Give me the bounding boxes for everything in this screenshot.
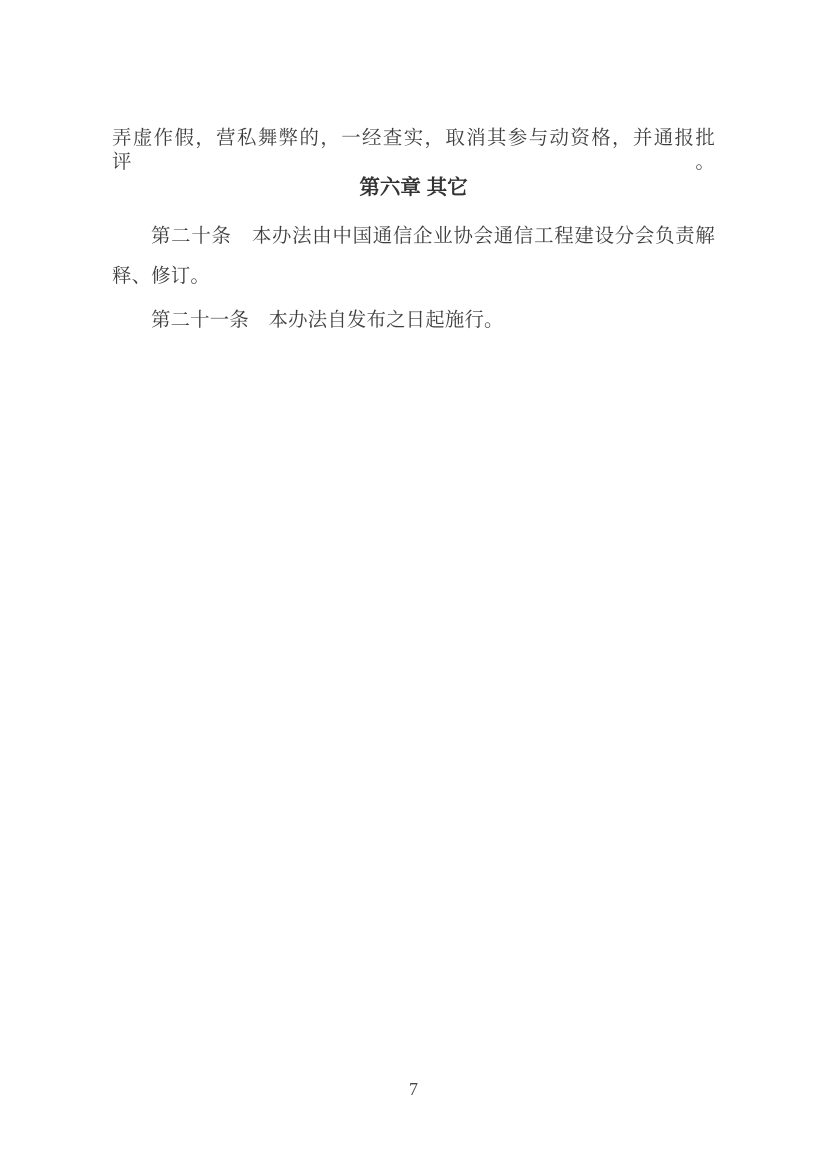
article-20-line-2: 释、修订。 bbox=[112, 265, 715, 289]
article-21-line: 第二十一条 本办法自发布之日起施行。 bbox=[112, 309, 715, 333]
document-page: 弄虚作假，营私舞弊的，一经查实，取消其参与动资格，并通报批评。 第六章 其它 第… bbox=[0, 0, 827, 1169]
page-number: 7 bbox=[0, 1078, 827, 1100]
body-text-continuation-line: 弄虚作假，营私舞弊的，一经查实，取消其参与动资格，并通报批评。 bbox=[112, 127, 715, 175]
article-20-line-1: 第二十条 本办法由中国通信企业协会通信工程建设分会负责解 bbox=[112, 225, 715, 249]
chapter-heading: 第六章 其它 bbox=[112, 175, 715, 201]
